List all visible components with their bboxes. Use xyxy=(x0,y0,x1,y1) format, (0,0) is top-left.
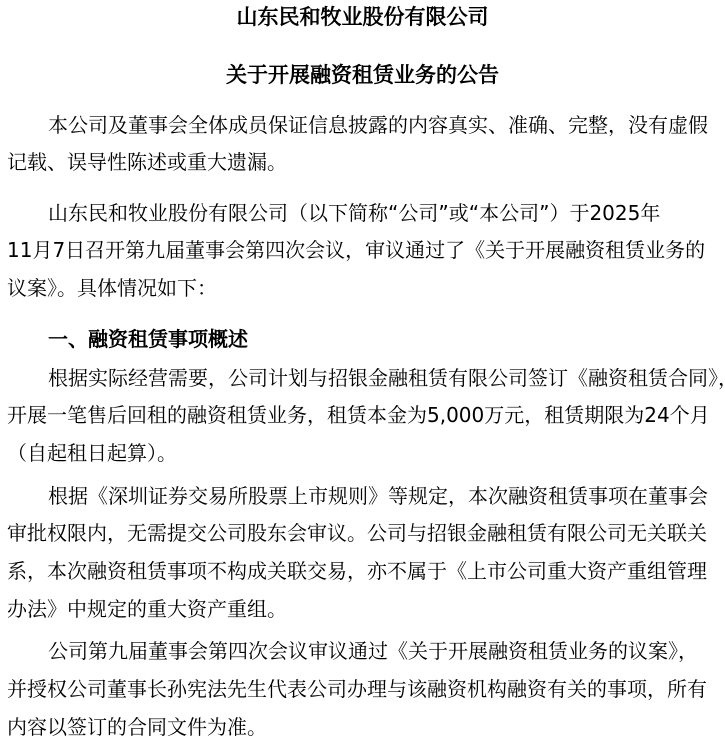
text-line: 记载、误导性陈述或重大遗漏。 xyxy=(7,150,287,174)
text-line: 11月7日召开第九届董事会第四次会议，审议通过了《关于开展融资租赁业务的 xyxy=(7,238,705,262)
text-line: 内容以签订的合同文件为准。 xyxy=(7,715,267,739)
section-heading: 一、融资租赁事项概述 xyxy=(48,327,248,351)
text-line: （自起租日起算）。 xyxy=(7,441,177,465)
announcement-title: 关于开展融资租赁业务的公告 xyxy=(0,63,725,87)
text-line: 本公司及董事会全体成员保证信息披露的内容真实、准确、完整，没有虚假 xyxy=(48,113,708,137)
text-line: 山东民和牧业股份有限公司（以下简称“公司”或“本公司”）于2025年 xyxy=(48,201,660,225)
company-title: 山东民和牧业股份有限公司 xyxy=(0,5,725,29)
text-line: 并授权公司董事长孙宪法先生代表公司办理与该融资机构融资有关的事项，所有 xyxy=(7,677,707,701)
text-line: 开展一笔售后回租的融资租赁业务，租赁本金为5,000万元，租赁期限为24个月 xyxy=(7,403,710,427)
text-line: 议案》。具体情况如下： xyxy=(7,276,217,300)
text-line: 根据《深圳证券交易所股票上市规则》等规定，本次融资租赁事项在董事会 xyxy=(48,484,708,508)
text-line: 公司第九届董事会第四次会议审议通过《关于开展融资租赁业务的议案》， xyxy=(48,639,698,663)
text-line: 系，本次融资租赁事项不构成关联交易，亦不属于《上市公司重大资产重组管理 xyxy=(7,559,707,583)
text-line: 审批权限内，无需提交公司股东会审议。公司与招银金融租赁有限公司无关联关 xyxy=(7,521,707,545)
text-line: 根据实际经营需要，公司计划与招银金融租赁有限公司签订《融资租赁合同》， xyxy=(48,366,725,390)
text-line: 办法》中规定的重大资产重组。 xyxy=(7,597,287,621)
